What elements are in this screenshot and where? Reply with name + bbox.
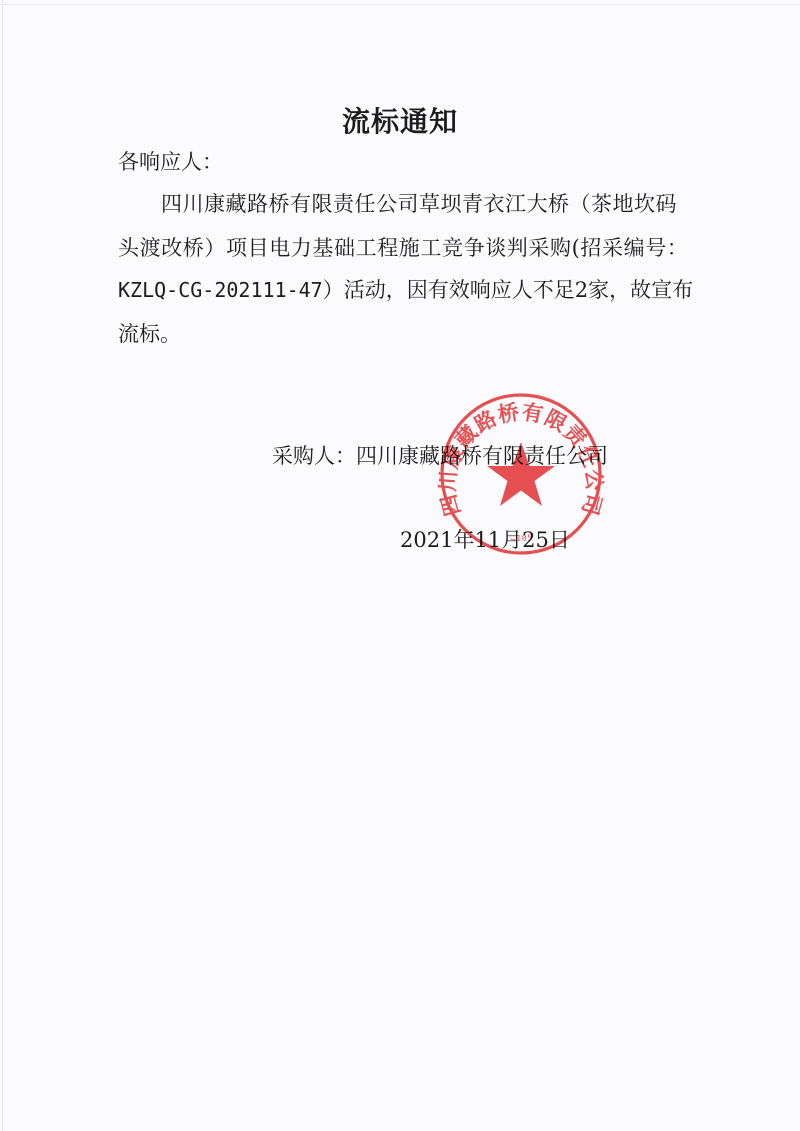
buyer-name: 四川康藏路桥有限责任公司 bbox=[356, 444, 608, 468]
salutation: 各响应人： bbox=[118, 146, 223, 176]
signature-buyer: 采购人：四川康藏路桥有限责任公司 bbox=[272, 440, 608, 470]
body-text: ）活动，因有效响应人不足2家，故宣布 bbox=[323, 278, 693, 302]
signature-date: 2021年11月25日 bbox=[400, 524, 570, 554]
body-paragraph-line: 流标。 bbox=[118, 318, 181, 348]
body-paragraph-line: 头渡改桥）项目电力基础工程施工竞争谈判采购(招采编号： bbox=[118, 232, 688, 262]
page-edge bbox=[0, 4, 800, 5]
page-edge bbox=[2, 0, 3, 1131]
body-paragraph-line: KZLQ-CG-202111-47）活动，因有效响应人不足2家，故宣布 bbox=[118, 274, 693, 304]
page-title: 流标通知 bbox=[0, 100, 800, 140]
buyer-label: 采购人： bbox=[272, 444, 356, 468]
body-paragraph-line: 四川康藏路桥有限责任公司草坝青衣江大桥（茶地坎码 bbox=[161, 188, 677, 218]
tender-code: KZLQ-CG-202111-47 bbox=[118, 278, 323, 302]
